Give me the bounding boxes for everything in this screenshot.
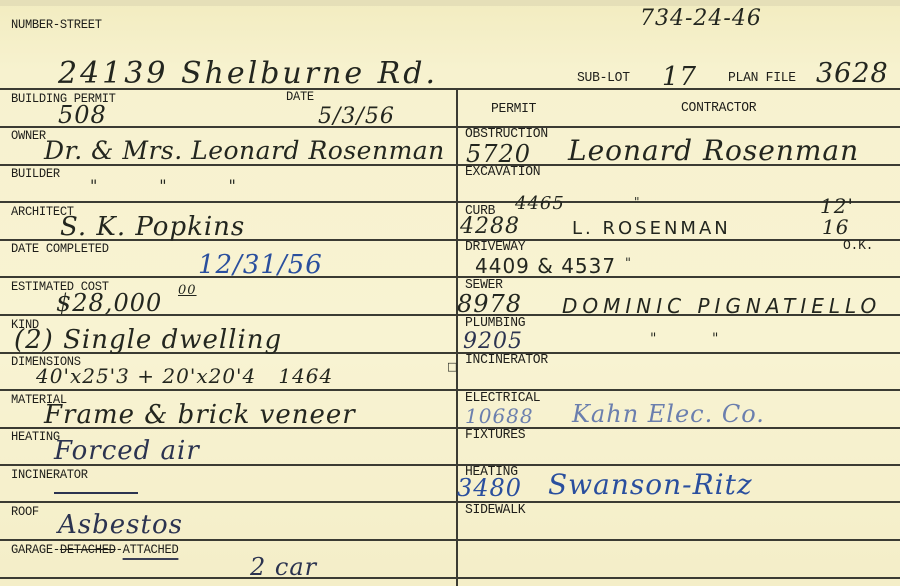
garage-detached-struck: DETACHED (60, 542, 116, 557)
dimensions-value: 40'x25'3 + 20'x20'4 1464 (36, 364, 333, 388)
roof-label: ROOF (11, 504, 39, 519)
plumbing-contractor: " " (650, 331, 719, 347)
heating-value: Forced air (54, 436, 200, 466)
owner-label: OWNER (11, 128, 46, 143)
incinerator-right-label: INCINERATOR (465, 352, 548, 368)
rule (0, 88, 900, 90)
fixtures-label: FIXTURES (465, 427, 525, 443)
contractor-header: CONTRACTOR (681, 100, 756, 116)
plan-file-label: PLAN FILE (728, 70, 796, 86)
permit-header: PERMIT (491, 101, 536, 117)
architect-value: S. K. Popkins (60, 212, 245, 242)
rule (0, 276, 900, 278)
plan-file-value: 3628 (816, 58, 889, 89)
estimated-cost-value: $28,000 (56, 289, 162, 317)
kind-value: (2) Single dwelling (14, 325, 282, 355)
dimensions-suffix: □ (447, 360, 458, 373)
incinerator-dash (54, 492, 138, 494)
curb-permit-top: 4465 (515, 193, 565, 214)
plumbing-permit: 9205 (463, 329, 523, 354)
excavation-label: EXCAVATION (465, 164, 540, 180)
obstruction-contractor: Leonard Rosenman (568, 134, 859, 167)
date-label: DATE (286, 89, 314, 104)
sewer-contractor: DOMINIC PIGNATIELLO (562, 294, 881, 318)
sidewalk-label: SIDEWALK (465, 502, 525, 518)
date-completed-value: 12/31/56 (198, 250, 323, 280)
driveway-status: O.K. (843, 238, 873, 254)
rule (0, 501, 900, 503)
roof-value: Asbestos (58, 510, 183, 540)
builder-value: " " " (90, 176, 237, 195)
building-record-card: 734-24-46 NUMBER-STREET 24139 Shelburne … (0, 0, 900, 586)
file-number: 734-24-46 (640, 6, 762, 31)
number-street-value: 24139 Shelburne Rd. (58, 56, 438, 91)
rule (0, 126, 900, 128)
date-value: 5/3/56 (318, 104, 395, 129)
number-street-label: NUMBER-STREET (11, 17, 102, 32)
date-completed-label: DATE COMPLETED (11, 241, 109, 256)
owner-value: Dr. & Mrs. Leonard Rosenman (44, 136, 445, 165)
rule (0, 577, 900, 579)
curb-permit: 4288 (460, 214, 520, 239)
estimated-cost-cents: 00 (178, 283, 197, 298)
builder-label: BUILDER (11, 166, 60, 181)
sub-lot-label: SUB-LOT (577, 70, 630, 86)
building-permit-value: 508 (58, 101, 107, 129)
driveway-label: DRIVEWAY (465, 239, 525, 255)
garage-dash: - (116, 542, 123, 557)
driveway-permit: 4409 & 4537 (475, 254, 616, 278)
card-top-edge (0, 0, 900, 6)
material-value: Frame & brick veneer (44, 400, 356, 430)
sewer-permit: 8978 (457, 290, 522, 318)
electrical-contractor: Kahn Elec. Co. (572, 400, 765, 428)
garage-value: 2 car (250, 553, 317, 581)
incinerator-label: INCINERATOR (11, 467, 88, 482)
rule (0, 389, 900, 391)
heating-contractor: Swanson-Ritz (548, 468, 753, 501)
driveway-contractor: " (625, 256, 632, 271)
heating-label: HEATING (11, 429, 60, 444)
heating-permit: 3480 (457, 474, 522, 502)
rule (0, 201, 900, 203)
curb-contractor: L. ROSENMAN (572, 218, 731, 239)
curb-length: 16 (822, 215, 849, 239)
curb-ditto: " (634, 195, 641, 209)
column-divider (456, 88, 458, 586)
garage-attached-selected: ATTACHED (123, 542, 179, 560)
electrical-permit: 10688 (465, 404, 534, 428)
garage-label-prefix: GARAGE- (11, 542, 60, 557)
garage-label: GARAGE-DETACHED-ATTACHED (11, 542, 178, 557)
